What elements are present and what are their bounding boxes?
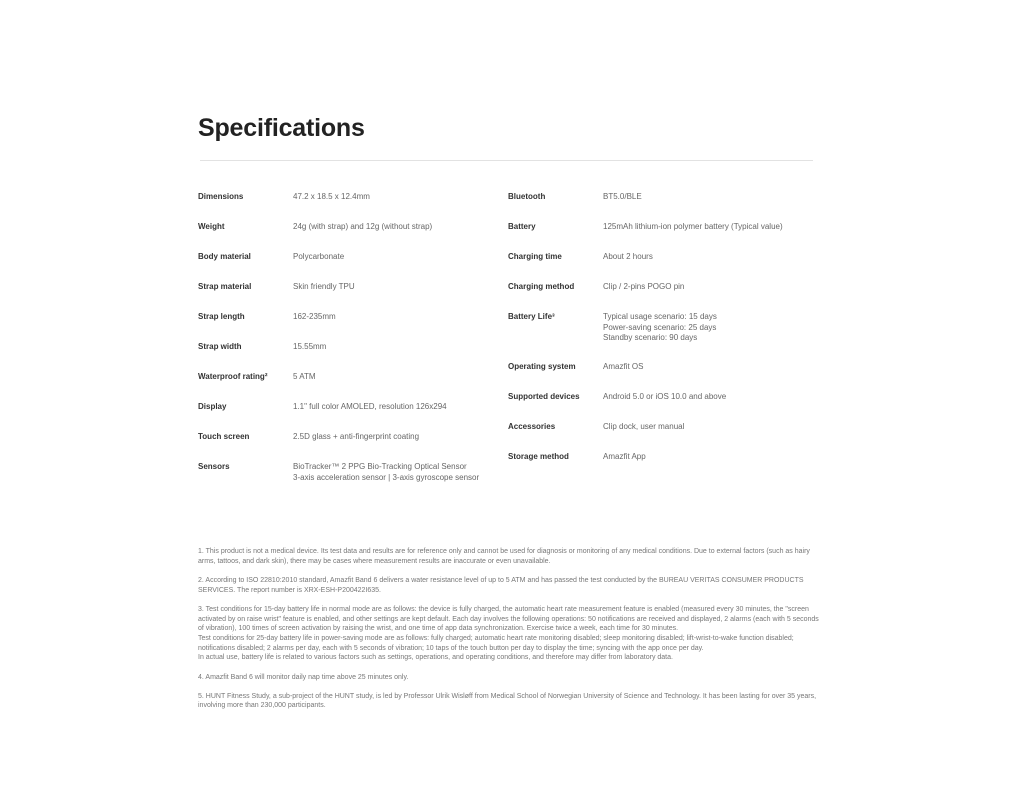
spec-row: Battery Life³Typical usage scenario: 15 … [508,312,818,362]
spec-row: Waterproof rating²5 ATM [198,372,508,402]
spec-label: Charging time [508,252,603,282]
spec-label: Strap width [198,342,293,372]
spec-row: Supported devicesAndroid 5.0 or iOS 10.0… [508,392,818,422]
footnote: 5. HUNT Fitness Study, a sub-project of … [198,692,820,711]
spec-row: Body materialPolycarbonate [198,252,508,282]
spec-value: 5 ATM [293,372,316,402]
spec-value: 47.2 x 18.5 x 12.4mm [293,192,370,222]
spec-row: Weight24g (with strap) and 12g (without … [198,222,508,252]
spec-row: SensorsBioTracker™ 2 PPG Bio-Tracking Op… [198,462,508,492]
spec-label: Bluetooth [508,192,603,222]
spec-value: Android 5.0 or iOS 10.0 and above [603,392,726,422]
spec-label: Weight [198,222,293,252]
spec-row: Strap width15.55mm [198,342,508,372]
spec-value: Amazfit App [603,452,646,482]
spec-label: Strap material [198,282,293,312]
spec-label: Display [198,402,293,432]
spec-row: AccessoriesClip dock, user manual [508,422,818,452]
spec-row: Display1.1" full color AMOLED, resolutio… [198,402,508,432]
spec-value: Clip dock, user manual [603,422,684,452]
spec-row: Dimensions47.2 x 18.5 x 12.4mm [198,192,508,222]
spec-value: Polycarbonate [293,252,344,282]
spec-value: 2.5D glass + anti-fingerprint coating [293,432,419,462]
footnotes: 1. This product is not a medical device.… [198,547,820,721]
spec-row: Touch screen2.5D glass + anti-fingerprin… [198,432,508,462]
spec-value: 125mAh lithium-ion polymer battery (Typi… [603,222,783,252]
page-title: Specifications [198,114,365,143]
spec-label: Charging method [508,282,603,312]
spec-label: Sensors [198,462,293,492]
spec-value: 162-235mm [293,312,336,342]
spec-row: Battery125mAh lithium-ion polymer batter… [508,222,818,252]
spec-value: 24g (with strap) and 12g (without strap) [293,222,432,252]
spec-row: Storage methodAmazfit App [508,452,818,482]
spec-row: Charging timeAbout 2 hours [508,252,818,282]
footnote: 3. Test conditions for 15-day battery li… [198,605,820,663]
spec-label: Dimensions [198,192,293,222]
spec-label: Operating system [508,362,603,392]
footnote: 4. Amazfit Band 6 will monitor daily nap… [198,673,820,683]
spec-value: 1.1" full color AMOLED, resolution 126x2… [293,402,447,432]
spec-row: BluetoothBT5.0/BLE [508,192,818,222]
spec-value: Skin friendly TPU [293,282,355,312]
spec-label: Battery Life³ [508,312,603,362]
specs-left-column: Dimensions47.2 x 18.5 x 12.4mm Weight24g… [198,192,508,492]
spec-label: Battery [508,222,603,252]
spec-label: Supported devices [508,392,603,422]
spec-row: Strap materialSkin friendly TPU [198,282,508,312]
specs-right-column: BluetoothBT5.0/BLE Battery125mAh lithium… [508,192,818,482]
spec-value: About 2 hours [603,252,653,282]
spec-label: Waterproof rating² [198,372,293,402]
spec-value: Amazfit OS [603,362,643,392]
spec-label: Touch screen [198,432,293,462]
spec-label: Strap length [198,312,293,342]
spec-value: BioTracker™ 2 PPG Bio-Tracking Optical S… [293,462,479,492]
spec-label: Accessories [508,422,603,452]
spec-value: Typical usage scenario: 15 days Power-sa… [603,312,717,362]
spec-value: BT5.0/BLE [603,192,642,222]
spec-row: Strap length162-235mm [198,312,508,342]
title-divider [200,160,813,161]
spec-value: Clip / 2-pins POGO pin [603,282,684,312]
spec-row: Operating systemAmazfit OS [508,362,818,392]
footnote: 1. This product is not a medical device.… [198,547,820,566]
spec-label: Body material [198,252,293,282]
spec-row: Charging methodClip / 2-pins POGO pin [508,282,818,312]
footnote: 2. According to ISO 22810:2010 standard,… [198,576,820,595]
spec-value: 15.55mm [293,342,326,372]
spec-label: Storage method [508,452,603,482]
